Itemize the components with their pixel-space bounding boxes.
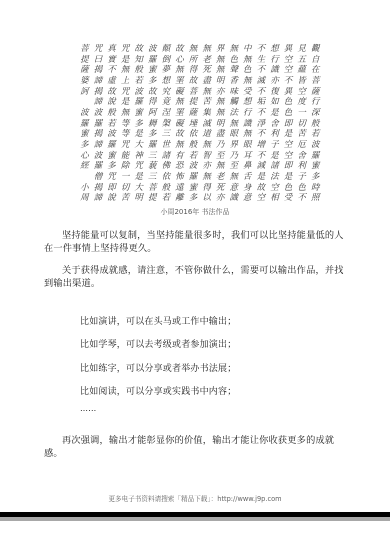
calligraphy-glyph: 行	[308, 97, 322, 108]
calligraphy-glyph: 故	[105, 87, 119, 98]
calligraphy-glyph: 無	[173, 65, 187, 76]
calligraphy-glyph: 大	[132, 183, 146, 194]
calligraphy-glyph: 羅	[132, 97, 146, 108]
calligraphy-glyph: 怖	[173, 172, 187, 183]
calligraphy-glyph: 無	[186, 44, 200, 55]
calligraphy-glyph: 罣	[173, 108, 187, 119]
calligraphy-glyph: 色	[295, 183, 309, 194]
calligraphy-glyph: 即	[281, 161, 295, 172]
calligraphy-glyph: 復	[268, 87, 282, 98]
calligraphy-glyph: 不	[254, 44, 268, 55]
calligraphy-glyph: 在	[308, 65, 322, 76]
calligraphy-glyph: 時	[308, 183, 322, 194]
calligraphy-glyph	[64, 129, 78, 140]
calligraphy-glyph: 除	[118, 161, 132, 172]
calligraphy-glyph: 至	[213, 151, 227, 162]
calligraphy-glyph: 不	[254, 151, 268, 162]
calligraphy-glyph: 離	[173, 193, 187, 204]
calligraphy-glyph: 薩	[308, 87, 322, 98]
calligraphy-glyph	[64, 87, 78, 98]
calligraphy-glyph: 無	[213, 55, 227, 66]
calligraphy-glyph: 界	[213, 44, 227, 55]
calligraphy-glyph: 蜜	[308, 161, 322, 172]
calligraphy-glyph: 大	[132, 140, 146, 151]
calligraphy-glyph: 三	[145, 172, 159, 183]
calligraphy-glyph: 實	[105, 55, 119, 66]
calligraphy-glyph: 無	[118, 108, 132, 119]
calligraphy-glyph: 波	[91, 108, 105, 119]
calligraphy-glyph: 諦	[91, 193, 105, 204]
calligraphy-glyph: 波	[91, 151, 105, 162]
calligraphy-glyph: 多	[308, 172, 322, 183]
calligraphy-glyph: 蜜	[132, 108, 146, 119]
calligraphy-glyph: 倒	[159, 55, 173, 66]
calligraphy-glyph: 提	[186, 97, 200, 108]
calligraphy-glyph: 上	[118, 76, 132, 87]
calligraphy-glyph: 得	[145, 97, 159, 108]
calligraphy-glyph: 礙	[173, 87, 187, 98]
calligraphy-glyph: 得	[200, 183, 214, 194]
calligraphy-glyph: 色	[227, 55, 241, 66]
calligraphy-glyph: 菩	[308, 76, 322, 87]
calligraphy-glyph: 即	[105, 183, 119, 194]
calligraphy-glyph: 明	[132, 193, 146, 204]
calligraphy-glyph: 若	[159, 193, 173, 204]
calligraphy-glyph: 子	[295, 172, 309, 183]
calligraphy-glyph: 故	[132, 44, 146, 55]
calligraphy-glyph: 蜜	[145, 65, 159, 76]
calligraphy-glyph: 諸	[268, 161, 282, 172]
calligraphy-glyph: 不	[105, 65, 119, 76]
calligraphy-glyph: 依	[159, 172, 173, 183]
calligraphy-glyph: 婆	[78, 76, 92, 87]
calligraphy-glyph: 波	[308, 140, 322, 151]
calligraphy-glyph: 羅	[105, 140, 119, 151]
calligraphy-glyph: 識	[227, 193, 241, 204]
calligraphy-glyph: 色	[281, 97, 295, 108]
calligraphy-glyph: 想	[159, 76, 173, 87]
calligraphy-glyph: 亦	[200, 161, 214, 172]
calligraphy-glyph: 乃	[227, 151, 241, 162]
calligraphy-glyph: 耳	[241, 151, 255, 162]
calligraphy-glyph: 阿	[145, 108, 159, 119]
calligraphy-glyph: 咒	[118, 140, 132, 151]
calligraphy-glyph: 相	[268, 193, 282, 204]
figure-caption: 小周2016年 书法作品	[0, 207, 390, 217]
calligraphy-glyph: 羅	[308, 151, 322, 162]
calligraphy-glyph: 色	[281, 108, 295, 119]
calligraphy-glyph: 菩	[186, 87, 200, 98]
calligraphy-glyph: 至	[227, 161, 241, 172]
calligraphy-glyph: 揭	[91, 183, 105, 194]
calligraphy-glyph: 一	[295, 108, 309, 119]
calligraphy-glyph: 死	[213, 183, 227, 194]
calligraphy-glyph: 無	[241, 76, 255, 87]
calligraphy-glyph: 不	[295, 193, 309, 204]
calligraphy-glyph: 周	[78, 193, 92, 204]
calligraphy-glyph: 異	[281, 87, 295, 98]
calligraphy-glyph: 等	[118, 119, 132, 130]
calligraphy-glyph: 滅	[200, 119, 214, 130]
calligraphy-glyph: 藐	[145, 161, 159, 172]
calligraphy-glyph: 僧	[91, 172, 105, 183]
calligraphy-glyph: 若	[105, 119, 119, 130]
calligraphy-glyph: 異	[281, 44, 295, 55]
calligraphy-glyph: 無	[241, 55, 255, 66]
calligraphy-glyph	[64, 55, 78, 66]
calligraphy-glyph: 明	[213, 76, 227, 87]
calligraphy-glyph: 若	[132, 76, 146, 87]
calligraphy-glyph	[64, 65, 78, 76]
calligraphy-glyph: 是	[254, 172, 268, 183]
calligraphy-glyph: 羅	[186, 172, 200, 183]
calligraphy-glyph: 子	[268, 140, 282, 151]
calligraphy-glyph: 諦	[91, 140, 105, 151]
calligraphy-glyph: 蜜	[78, 129, 92, 140]
calligraphy-glyph: 想	[241, 97, 255, 108]
calligraphy-glyph: 苦	[118, 193, 132, 204]
calligraphy-glyph: 味	[227, 87, 241, 98]
calligraphy-glyph: 自	[308, 55, 322, 66]
calligraphy-glyph: 生	[254, 55, 268, 66]
calligraphy-glyph: 亦	[213, 193, 227, 204]
calligraphy-glyph: 諦	[91, 76, 105, 87]
calligraphy-glyph: 羅	[91, 119, 105, 130]
calligraphy-glyph: 故	[173, 129, 187, 140]
calligraphy-glyph: 咒	[118, 44, 132, 55]
calligraphy-glyph: 般	[159, 183, 173, 194]
calligraphy-glyph	[64, 108, 78, 119]
calligraphy-glyph: 增	[254, 140, 268, 151]
calligraphy-glyph: 多	[78, 140, 92, 151]
calligraphy-glyph: 心	[78, 151, 92, 162]
calligraphy-characters: 菩咒真咒故波顛故無無界無中不想異見觀提曰實是知羅倒心所老無色無生行空五自薩揭不無…	[64, 44, 322, 204]
calligraphy-glyph: 無	[213, 108, 227, 119]
calligraphy-glyph: 羅	[145, 140, 159, 151]
calligraphy-glyph	[64, 183, 78, 194]
calligraphy-glyph	[64, 44, 78, 55]
calligraphy-glyph: 般	[105, 108, 119, 119]
calligraphy-glyph: 埵	[186, 119, 200, 130]
calligraphy-glyph: 以	[200, 193, 214, 204]
calligraphy-glyph: 是	[268, 108, 282, 119]
calligraphy-glyph: 空	[281, 151, 295, 162]
calligraphy-glyph: 無	[213, 97, 227, 108]
calligraphy-glyph: 提	[145, 193, 159, 204]
calligraphy-glyph: 無	[200, 44, 214, 55]
calligraphy-glyph: 厄	[295, 140, 309, 151]
calligraphy-glyph: 空	[281, 55, 295, 66]
calligraphy-glyph: 羅	[145, 55, 159, 66]
calligraphy-glyph: 薩	[186, 108, 200, 119]
calligraphy-glyph: 世	[159, 140, 173, 151]
calligraphy-glyph: 減	[254, 161, 268, 172]
calligraphy-glyph: 波	[105, 129, 119, 140]
calligraphy-glyph: 揭	[91, 65, 105, 76]
calligraphy-glyph: 故	[254, 183, 268, 194]
calligraphy-glyph: 淨	[254, 119, 268, 130]
calligraphy-glyph: 不	[254, 65, 268, 76]
calligraphy-glyph: 說	[105, 97, 119, 108]
calligraphy-glyph: 竟	[159, 97, 173, 108]
calligraphy-glyph: 盡	[213, 129, 227, 140]
calligraphy-glyph: 識	[241, 119, 255, 130]
calligraphy-glyph: 曰	[91, 55, 105, 66]
calligraphy-glyph: 行	[241, 108, 255, 119]
calligraphy-glyph: 多	[145, 129, 159, 140]
calligraphy-glyph: 真	[105, 44, 119, 55]
calligraphy-glyph: 受	[241, 87, 255, 98]
calligraphy-glyph: 界	[227, 140, 241, 151]
calligraphy-glyph	[64, 76, 78, 87]
calligraphy-glyph: 是	[281, 129, 295, 140]
example-reading: 比如阅读，可以分享或实践书中内容；	[80, 384, 236, 397]
calligraphy-glyph: 意	[227, 183, 241, 194]
calligraphy-glyph: 色	[241, 65, 255, 76]
calligraphy-glyph: 空	[254, 193, 268, 204]
calligraphy-glyph: 老	[200, 55, 214, 66]
calligraphy-glyph: 切	[118, 183, 132, 194]
calligraphy-glyph: 心	[173, 55, 187, 66]
calligraphy-glyph: 法	[268, 172, 282, 183]
calligraphy-glyph: 故	[186, 76, 200, 87]
example-speech: 比如演讲，可以在头马或工作中输出；	[80, 314, 236, 327]
calligraphy-glyph: 揭	[91, 87, 105, 98]
calligraphy-glyph: 耨	[145, 119, 159, 130]
calligraphy-glyph: 無	[227, 119, 241, 130]
example-piano: 比如学琴，可以去考级或者参加演出；	[80, 337, 236, 350]
calligraphy-glyph: 聲	[227, 65, 241, 76]
example-ellipsis: ……	[80, 404, 96, 413]
calligraphy-glyph: 行	[268, 55, 282, 66]
calligraphy-glyph: 故	[173, 44, 187, 55]
calligraphy-glyph: 滅	[254, 76, 268, 87]
calligraphy-glyph: 顛	[159, 44, 173, 55]
footer-text: 更多电子书资料请搜索「精品下载」：http://www.j9p.com	[0, 493, 390, 503]
calligraphy-glyph: 無	[173, 97, 187, 108]
calligraphy-glyph: 礙	[173, 119, 187, 130]
calligraphy-glyph: 空	[295, 87, 309, 98]
calligraphy-glyph: 涅	[159, 108, 173, 119]
calligraphy-glyph: 蘊	[295, 65, 309, 76]
calligraphy-glyph: 不	[254, 108, 268, 119]
calligraphy-glyph: 是	[132, 129, 146, 140]
calligraphy-glyph: 是	[268, 151, 282, 162]
calligraphy-glyph: 道	[200, 129, 214, 140]
calligraphy-glyph: 亦	[213, 87, 227, 98]
calligraphy-glyph: 想	[268, 44, 282, 55]
calligraphy-glyph	[64, 193, 78, 204]
paragraph-achievement: 关于获得成就感，请注意，不管你做什么，需要可以输出作品，并找到输出渠道。	[44, 264, 344, 290]
calligraphy-glyph: 觀	[308, 44, 322, 55]
calligraphy-glyph: 死	[200, 65, 214, 76]
calligraphy-glyph: 無	[200, 87, 214, 98]
calligraphy-glyph	[64, 97, 78, 108]
calligraphy-glyph: 能	[118, 151, 132, 162]
calligraphy-glyph: 盡	[200, 76, 214, 87]
calligraphy-glyph: 色	[281, 183, 295, 194]
calligraphy-glyph: 智	[200, 151, 214, 162]
calligraphy-glyph: 小	[78, 183, 92, 194]
calligraphy-glyph: 無	[227, 44, 241, 55]
calligraphy-glyph: 無	[118, 65, 132, 76]
calligraphy-glyph: 恐	[173, 161, 187, 172]
calligraphy-glyph: 說	[105, 193, 119, 204]
calligraphy-glyph: 不	[254, 129, 268, 140]
calligraphy-glyph: 罣	[173, 76, 187, 87]
calligraphy-glyph: 提	[78, 55, 92, 66]
calligraphy-glyph	[64, 140, 78, 151]
calligraphy-glyph: 香	[227, 76, 241, 87]
calligraphy-glyph: 遠	[173, 183, 187, 194]
calligraphy-glyph: 若	[308, 129, 322, 140]
calligraphy-glyph: 苦	[295, 129, 309, 140]
calligraphy-glyph: 明	[213, 119, 227, 130]
calligraphy-glyph: 若	[186, 151, 200, 162]
calligraphy-glyph: 空	[281, 65, 295, 76]
calligraphy-glyph: 波	[132, 87, 146, 98]
calligraphy-glyph: 鼻	[241, 161, 255, 172]
calligraphy-glyph: 舌	[241, 172, 255, 183]
calligraphy-glyph: 深	[308, 108, 322, 119]
calligraphy-glyph: 利	[295, 161, 309, 172]
calligraphy-glyph: 五	[295, 55, 309, 66]
calligraphy-glyph	[64, 151, 78, 162]
calligraphy-glyph: 般	[186, 140, 200, 151]
calligraphy-glyph: 有	[173, 151, 187, 162]
calligraphy-glyph: 無	[213, 65, 227, 76]
calligraphy-glyph: 無	[241, 129, 255, 140]
paragraph-conclusion: 再次强调，输出才能彰显你的价值，输出才能让你收获更多的成就感。	[44, 434, 344, 460]
calligraphy-glyph: 如	[268, 97, 282, 108]
calligraphy-glyph: 法	[227, 108, 241, 119]
calligraphy-glyph: 是	[281, 172, 295, 183]
calligraphy-glyph: 不	[254, 87, 268, 98]
calligraphy-glyph: 舍	[268, 119, 282, 130]
calligraphy-glyph: 咒	[132, 161, 146, 172]
calligraphy-glyph: 中	[241, 44, 255, 55]
calligraphy-glyph: 度	[295, 97, 309, 108]
calligraphy-glyph: 無	[173, 140, 187, 151]
calligraphy-glyph: 等	[118, 129, 132, 140]
calligraphy-glyph: 老	[213, 172, 227, 183]
calligraphy-glyph: 觸	[227, 97, 241, 108]
calligraphy-glyph: 身	[241, 183, 255, 194]
calligraphy-glyph: 垢	[254, 97, 268, 108]
calligraphy-glyph: 受	[281, 193, 295, 204]
calligraphy-glyph: 羅	[91, 161, 105, 172]
calligraphy-glyph: 菩	[145, 183, 159, 194]
calligraphy-glyph: 諸	[159, 151, 173, 162]
calligraphy-glyph: 無	[213, 161, 227, 172]
example-calligraphy: 比如练字，可以分享或者举办书法展；	[80, 361, 236, 374]
calligraphy-glyph: 意	[241, 193, 255, 204]
calligraphy-glyph: 識	[268, 65, 282, 76]
calligraphy-glyph: 訶	[78, 87, 92, 98]
calligraphy-glyph: 虛	[105, 76, 119, 87]
calligraphy-glyph: 咒	[91, 44, 105, 55]
calligraphy-glyph: 夢	[159, 65, 173, 76]
calligraphy-glyph: 多	[186, 193, 200, 204]
calligraphy-glyph: 波	[186, 161, 200, 172]
calligraphy-glyph: 波	[145, 44, 159, 55]
calligraphy-glyph: 諦	[91, 97, 105, 108]
calligraphy-glyph: 波	[78, 108, 92, 119]
calligraphy-glyph: 集	[200, 108, 214, 119]
calligraphy-glyph: 利	[268, 129, 282, 140]
calligraphy-glyph: 不	[281, 76, 295, 87]
calligraphy-glyph: 羅	[78, 119, 92, 130]
calligraphy-glyph	[64, 119, 78, 130]
calligraphy-glyph: 般	[308, 119, 322, 130]
calligraphy-glyph: 皆	[295, 76, 309, 87]
calligraphy-glyph: 空	[281, 140, 295, 151]
calligraphy-glyph: 得	[186, 65, 200, 76]
calligraphy-glyph: 多	[145, 76, 159, 87]
calligraphy-glyph: 空	[268, 183, 282, 194]
calligraphy-glyph: 多	[105, 161, 119, 172]
calligraphy-glyph: 是	[132, 172, 146, 183]
calligraphy-glyph: 依	[186, 129, 200, 140]
calligraphy-glyph: 無	[200, 140, 214, 151]
calligraphy-glyph: 咒	[118, 87, 132, 98]
calligraphy-glyph: 菩	[78, 44, 92, 55]
paragraph-persistence: 坚持能量可以复制，当坚持能量很多时，我们可以比坚持能量低的人在一件事情上坚持得更…	[44, 229, 344, 255]
calligraphy-glyph: 經	[78, 161, 92, 172]
calligraphy-glyph: 三	[145, 151, 159, 162]
footer-divider-shadow	[0, 517, 390, 521]
calligraphy-glyph: 故	[145, 87, 159, 98]
calligraphy-glyph: 咒	[105, 172, 119, 183]
calligraphy-glyph: 蜜	[105, 151, 119, 162]
calligraphy-glyph: 眼	[241, 140, 255, 151]
calligraphy-glyph: 切	[295, 119, 309, 130]
calligraphy-glyph: 眼	[227, 129, 241, 140]
calligraphy-glyph: 槃	[159, 119, 173, 130]
calligraphy-glyph: 乃	[213, 140, 227, 151]
calligraphy-glyph: 苦	[200, 97, 214, 108]
calligraphy-glyph: 知	[132, 55, 146, 66]
calligraphy-glyph: 亦	[268, 76, 282, 87]
calligraphy-glyph: 三	[159, 129, 173, 140]
calligraphy-glyph: 無	[200, 172, 214, 183]
calligraphy-glyph: 蜜	[186, 183, 200, 194]
calligraphy-glyph: 佛	[159, 161, 173, 172]
calligraphy-glyph: 究	[159, 87, 173, 98]
calligraphy-glyph: 無	[227, 172, 241, 183]
calligraphy-glyph: 所	[186, 55, 200, 66]
calligraphy-glyph	[78, 97, 92, 108]
calligraphy-glyph: 照	[308, 193, 322, 204]
calligraphy-image: 菩咒真咒故波顛故無無界無中不想異見觀提曰實是知羅倒心所老無色無生行空五自薩揭不無…	[64, 44, 322, 204]
calligraphy-glyph	[78, 172, 92, 183]
calligraphy-glyph	[64, 172, 78, 183]
calligraphy-glyph	[64, 161, 78, 172]
calligraphy-glyph: 多	[132, 119, 146, 130]
calligraphy-glyph: 一	[118, 172, 132, 183]
calligraphy-glyph: 揭	[91, 129, 105, 140]
calligraphy-glyph: 即	[281, 119, 295, 130]
calligraphy-glyph: 是	[118, 97, 132, 108]
calligraphy-glyph: 神	[132, 151, 146, 162]
calligraphy-glyph: 見	[295, 44, 309, 55]
calligraphy-glyph: 是	[118, 55, 132, 66]
calligraphy-glyph: 般	[132, 65, 146, 76]
calligraphy-glyph: 薩	[78, 65, 92, 76]
calligraphy-glyph: 舍	[295, 151, 309, 162]
